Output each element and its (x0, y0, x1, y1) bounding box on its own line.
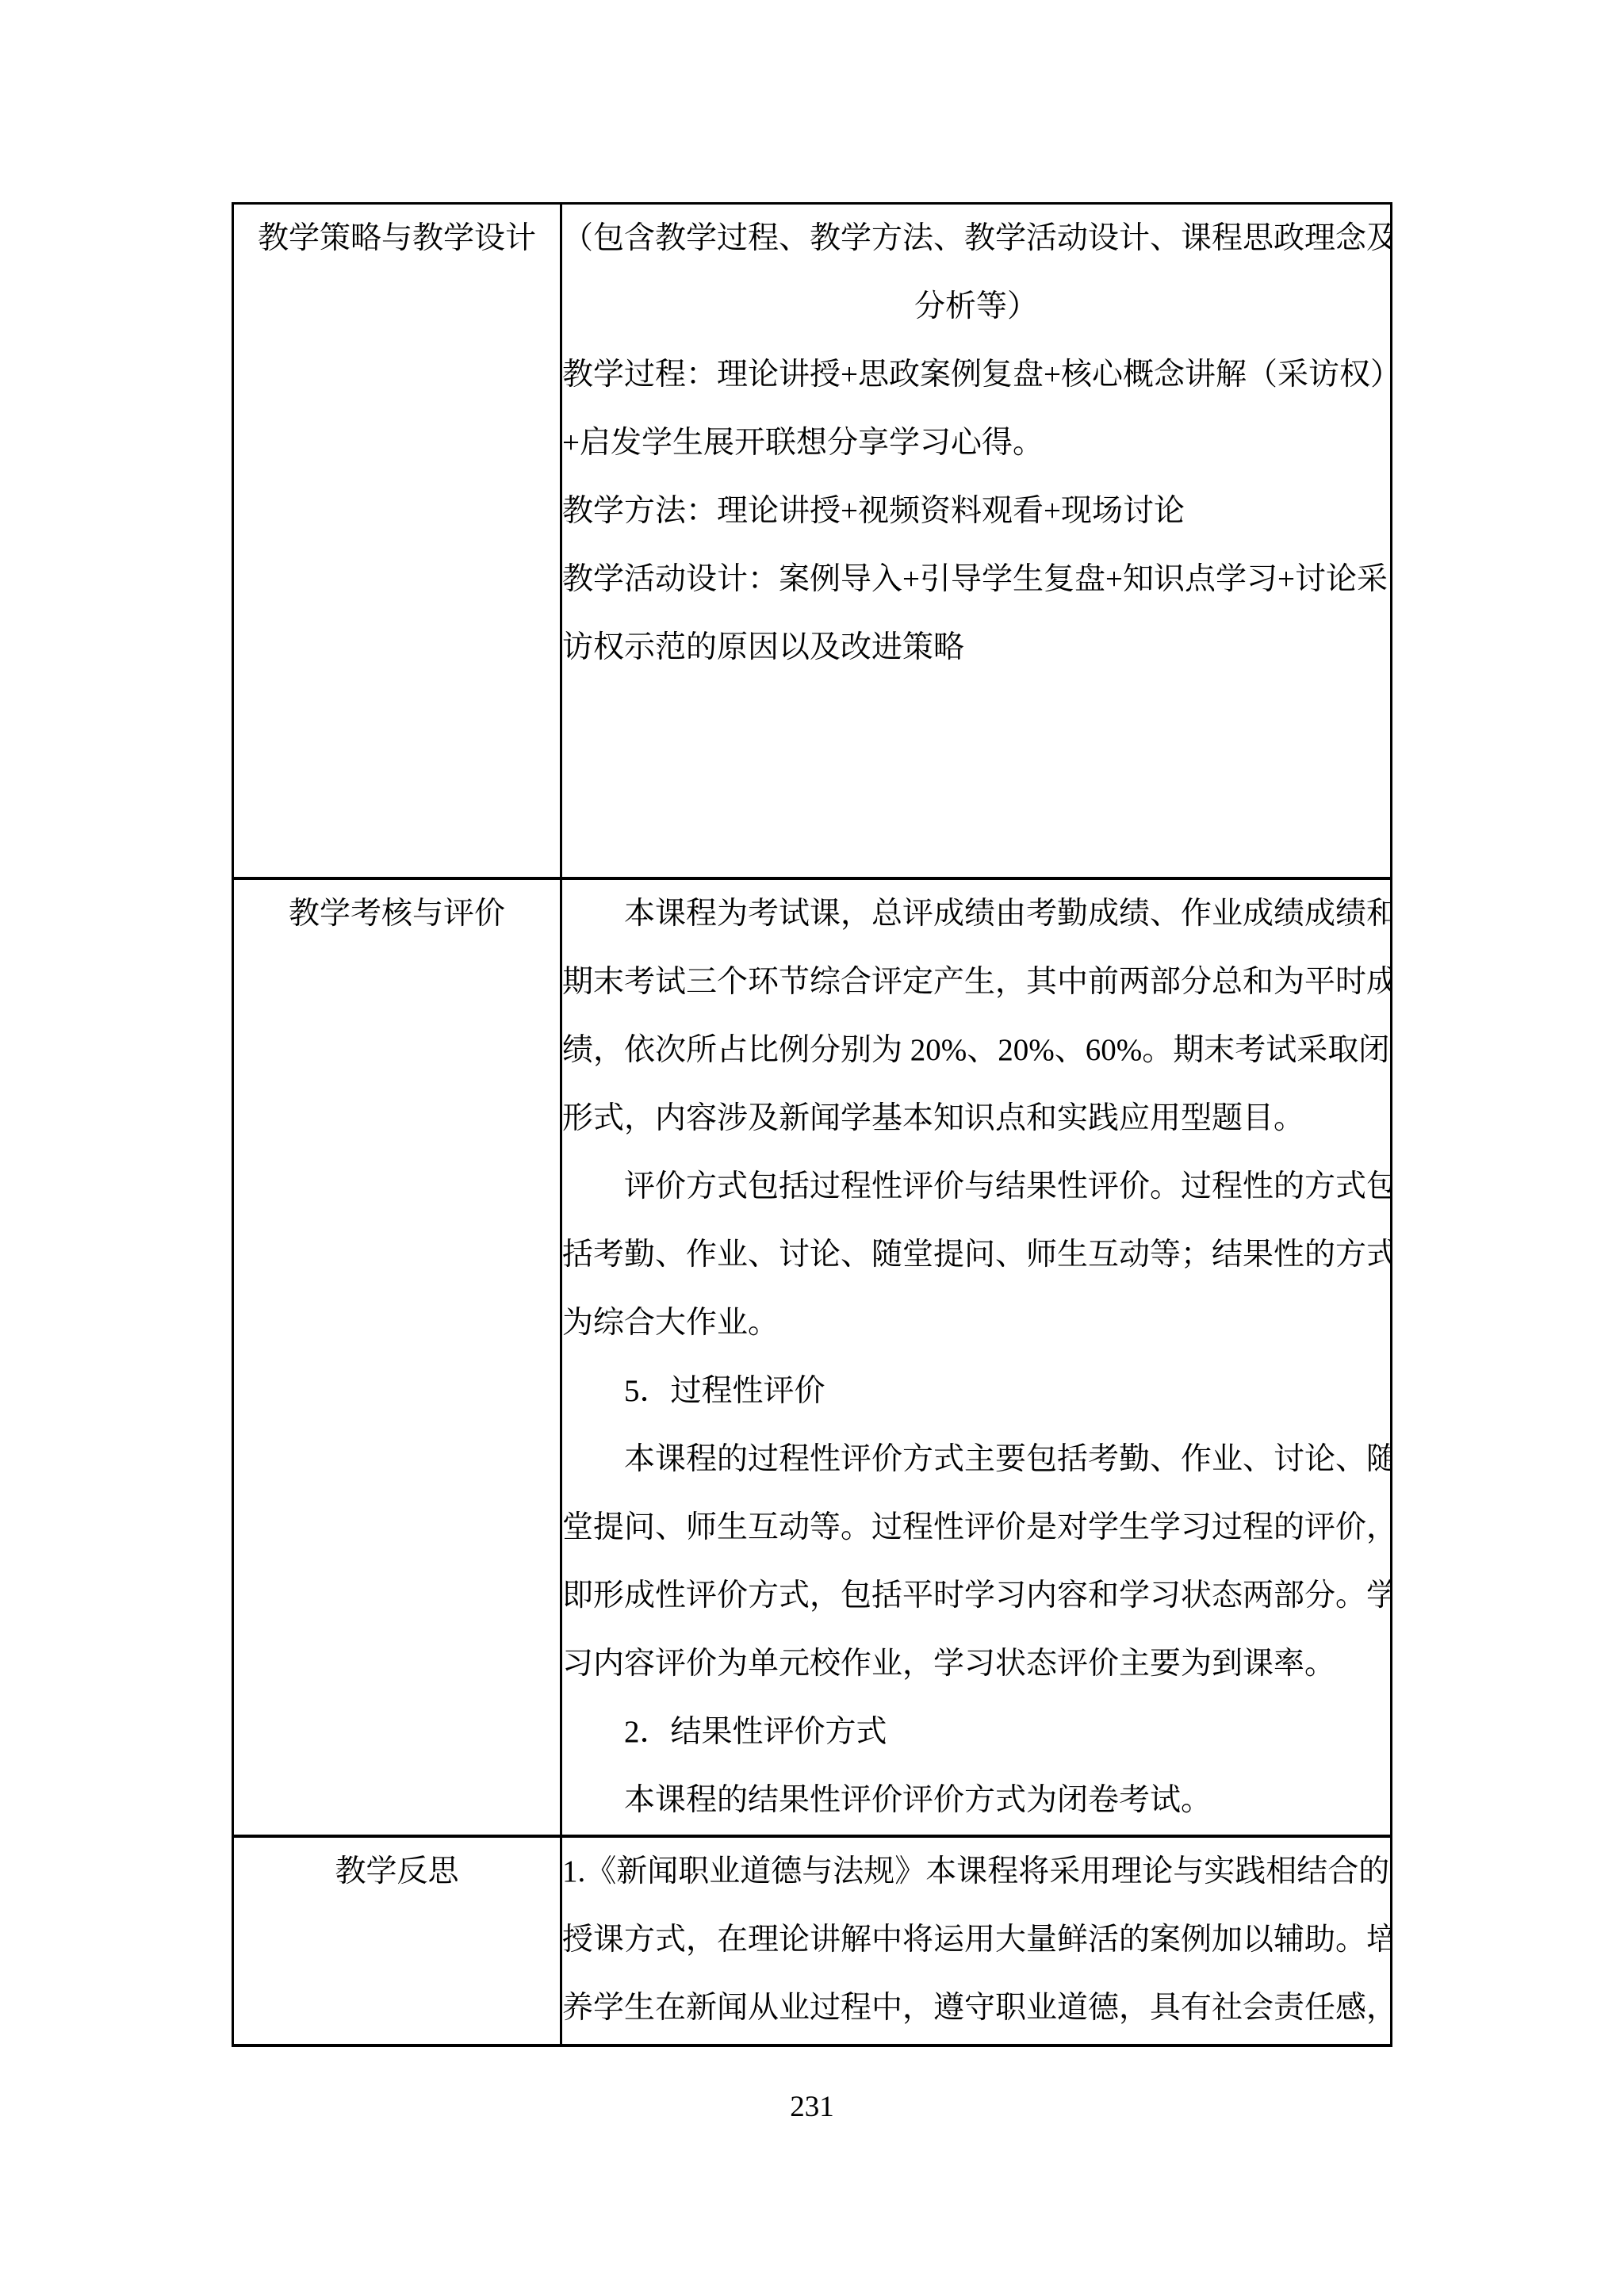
text-line: 分析等） (562, 273, 1390, 341)
row-label-text: 教学策略与教学设计 (234, 205, 560, 273)
text-line: （包含教学过程、教学方法、教学活动设计、课程思政理念及 (562, 205, 1390, 273)
text-line: 即形成性评价方式，包括平时学习内容和学习状态两部分。学 (562, 1562, 1390, 1630)
text-line: 教学方法：理论讲授+视频资料观看+现场讨论 (562, 477, 1390, 545)
text-line: 为综合大作业。 (562, 1289, 1390, 1357)
text-line: 期末考试三个环节综合评定产生，其中前两部分总和为平时成 (562, 948, 1390, 1016)
row-label-assessment: 教学考核与评价 (233, 878, 561, 1836)
text-line: 本课程为考试课，总评成绩由考勤成绩、作业成绩成绩和 (562, 880, 1390, 948)
text-line: 教学活动设计：案例导入+引导学生复盘+知识点学习+讨论采 (562, 545, 1390, 614)
text-line: 养学生在新闻从业过程中，遵守职业道德，具有社会责任感， (562, 1974, 1390, 2042)
page-number: 231 (0, 2091, 1624, 2123)
course-plan-table: 教学策略与教学设计 （包含教学过程、教学方法、教学活动设计、课程思政理念及 分析… (232, 202, 1392, 2047)
row-label-text: 教学反思 (234, 1838, 560, 1906)
text-line: 授课方式，在理论讲解中将运用大量鲜活的案例加以辅助。培 (562, 1906, 1390, 1974)
row-label-reflection: 教学反思 (233, 1836, 561, 2045)
text-line: 形式，内容涉及新闻学基本知识点和实践应用型题目。 (562, 1085, 1390, 1153)
row-content-assessment: 本课程为考试课，总评成绩由考勤成绩、作业成绩成绩和 期末考试三个环节综合评定产生… (561, 878, 1392, 1836)
row-label-strategy: 教学策略与教学设计 (233, 204, 561, 878)
text-line: 括考勤、作业、讨论、随堂提问、师生互动等；结果性的方式 (562, 1221, 1390, 1289)
text-line: 访权示范的原因以及改进策略 (562, 614, 1390, 682)
text-line: 本课程的过程性评价方式主要包括考勤、作业、讨论、随 (562, 1425, 1390, 1494)
text-line: +启发学生展开联想分享学习心得。 (562, 409, 1390, 477)
text-line: 2．结果性评价方式 (562, 1698, 1390, 1766)
table-row-reflection: 教学反思 1.《新闻职业道德与法规》本课程将采用理论与实践相结合的 授课方式，在… (233, 1836, 1392, 2045)
document-page: 教学策略与教学设计 （包含教学过程、教学方法、教学活动设计、课程思政理念及 分析… (0, 0, 1624, 2296)
row-content-strategy: （包含教学过程、教学方法、教学活动设计、课程思政理念及 分析等） 教学过程：理论… (561, 204, 1392, 878)
row-content-reflection: 1.《新闻职业道德与法规》本课程将采用理论与实践相结合的 授课方式，在理论讲解中… (561, 1836, 1392, 2045)
text-line: 1.《新闻职业道德与法规》本课程将采用理论与实践相结合的 (562, 1838, 1390, 1906)
row-label-text: 教学考核与评价 (234, 880, 560, 948)
text-line: 绩，依次所占比例分别为 20%、20%、60%。期末考试采取闭卷 (562, 1016, 1390, 1085)
text-line: 习内容评价为单元校作业，学习状态评价主要为到课率。 (562, 1630, 1390, 1698)
text-line: 本课程的结果性评价评价方式为闭卷考试。 (562, 1766, 1390, 1835)
text-line: 堂提问、师生互动等。过程性评价是对学生学习过程的评价， (562, 1494, 1390, 1562)
text-line: 评价方式包括过程性评价与结果性评价。过程性的方式包 (562, 1153, 1390, 1221)
table-row-strategy: 教学策略与教学设计 （包含教学过程、教学方法、教学活动设计、课程思政理念及 分析… (233, 204, 1392, 878)
text-line: 教学过程：理论讲授+思政案例复盘+核心概念讲解（采访权） (562, 341, 1390, 409)
text-line: 5．过程性评价 (562, 1357, 1390, 1425)
table-row-assessment: 教学考核与评价 本课程为考试课，总评成绩由考勤成绩、作业成绩成绩和 期末考试三个… (233, 878, 1392, 1836)
